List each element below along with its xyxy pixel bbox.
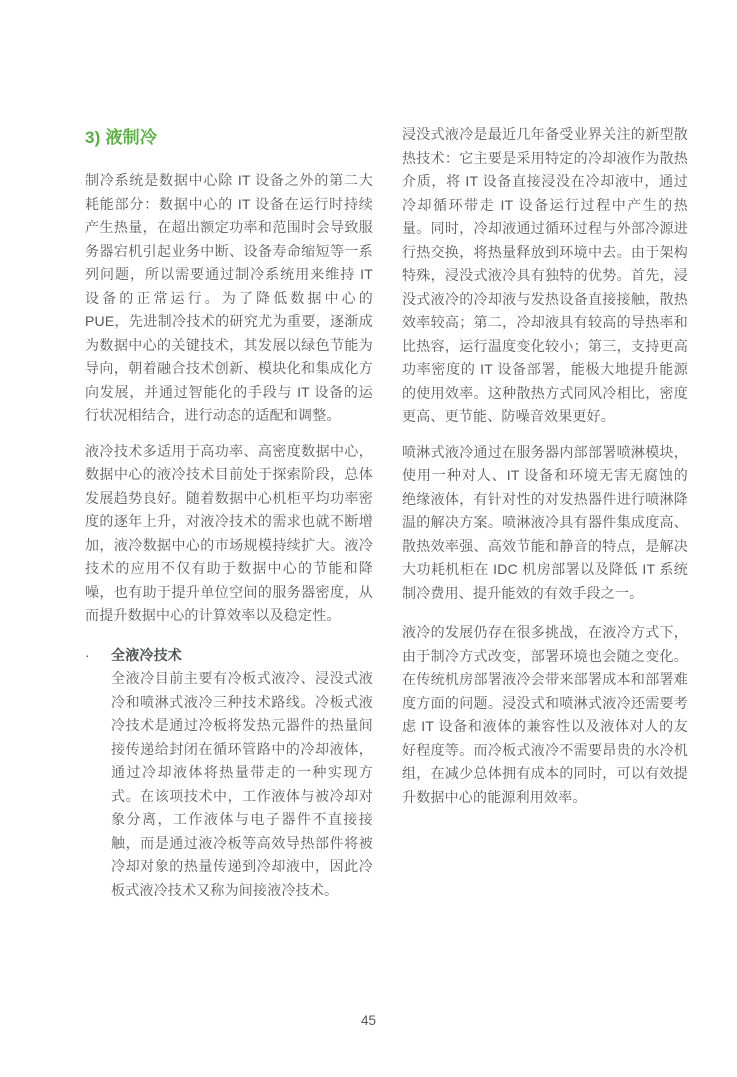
bullet-item-full-liquid-cooling: · 全液冷技术 全液冷目前主要有冷板式液冷、浸没式液冷和喷淋式液冷三种技术路线。… — [85, 644, 373, 903]
bullet-body: 全液冷目前主要有冷板式液冷、浸没式液冷和喷淋式液冷三种技术路线。冷板式液冷技术是… — [111, 667, 373, 902]
bullet-title: 全液冷技术 — [111, 644, 373, 668]
bullet-content: 全液冷技术 全液冷目前主要有冷板式液冷、浸没式液冷和喷淋式液冷三种技术路线。冷板… — [111, 644, 373, 903]
page-number: 45 — [0, 1013, 737, 1028]
paragraph-spray-cooling: 喷淋式液冷通过在服务器内部部署喷淋模块，使用一种对人、IT 设备和环境无害无腐蚀… — [402, 441, 688, 606]
paragraph-liquid-cooling-challenges: 液冷的发展仍存在很多挑战，在液冷方式下，由于制冷方式改变，部署环境也会随之变化。… — [402, 621, 688, 809]
paragraph-liquid-cooling-market: 液冷技术多适用于高功率、高密度数据中心，数据中心的液冷技术目前处于探索阶段，总体… — [85, 440, 373, 628]
bullet-marker: · — [85, 644, 111, 668]
paragraph-cooling-system-intro: 制冷系统是数据中心除 IT 设备之外的第二大耗能部分：数据中心的 IT 设备在运… — [85, 169, 373, 428]
section-heading: 3) 液制冷 — [85, 126, 373, 150]
paragraph-immersion-cooling: 浸没式液冷是最近几年备受业界关注的新型散热技术：它主要是采用特定的冷却液作为散热… — [402, 123, 688, 429]
document-page: 3) 液制冷 制冷系统是数据中心除 IT 设备之外的第二大耗能部分：数据中心的 … — [0, 0, 737, 1077]
left-column: 3) 液制冷 制冷系统是数据中心除 IT 设备之外的第二大耗能部分：数据中心的 … — [85, 126, 373, 902]
right-column: 浸没式液冷是最近几年备受业界关注的新型散热技术：它主要是采用特定的冷却液作为散热… — [402, 123, 688, 809]
